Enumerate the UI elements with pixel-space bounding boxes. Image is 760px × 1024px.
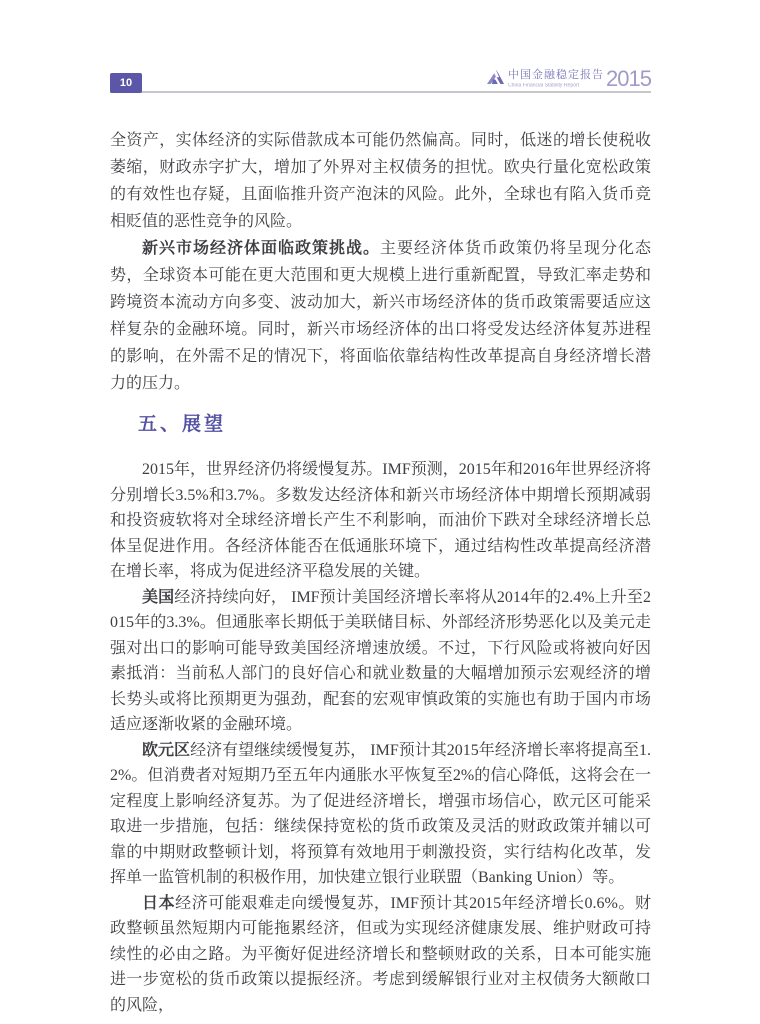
paragraph-lead: 美国	[142, 589, 174, 606]
logo-year: 2015	[606, 70, 651, 89]
text-block-outlook: 2015年，世界经济仍将缓慢复苏。IMF预测，2015年和2016年世界经济将分…	[110, 457, 651, 1018]
document-body: 全资产，实体经济的实际借款成本可能仍然偏高。同时，低迷的增长使税收萎缩，财政赤字…	[110, 93, 651, 1018]
page-number-badge: 10	[110, 73, 142, 93]
text-block-continuation: 全资产，实体经济的实际借款成本可能仍然偏高。同时，低迷的增长使税收萎缩，财政赤字…	[110, 93, 651, 397]
cfsr-logo-icon	[487, 69, 504, 89]
report-logo: 中国金融稳定报告 China Financial Stability Repor…	[487, 66, 651, 89]
paragraph-lead: 日本	[142, 895, 175, 912]
paragraph: 2015年，世界经济仍将缓慢复苏。IMF预测，2015年和2016年世界经济将分…	[110, 457, 651, 585]
paragraph: 新兴市场经济体面临政策挑战。主要经济体货币政策仍将呈现分化态势，全球资本可能在更…	[110, 235, 651, 397]
paragraph: 欧元区经济有望继续缓慢复苏， IMF预计其2015年经济增长率将提高至1.2%。…	[110, 738, 651, 891]
paragraph-lead: 欧元区	[142, 742, 190, 759]
paragraph: 美国经济持续向好， IMF预计美国经济增长率将从2014年的2.4%上升至201…	[110, 585, 651, 738]
document-page: 10 中国金融稳定报告 China Financial Stability Re…	[0, 0, 760, 1024]
page-header: 10 中国金融稳定报告 China Financial Stability Re…	[110, 0, 651, 93]
logo-text: 中国金融稳定报告 China Financial Stability Repor…	[508, 66, 604, 89]
logo-title-cn: 中国金融稳定报告	[508, 69, 604, 81]
paragraph: 日本经济可能艰难走向缓慢复苏，IMF预计其2015年经济增长0.6%。财政整顿虽…	[110, 891, 651, 1019]
logo-title-en: China Financial Stability Report	[508, 83, 590, 88]
paragraph: 全资产，实体经济的实际借款成本可能仍然偏高。同时，低迷的增长使税收萎缩，财政赤字…	[110, 127, 651, 235]
paragraph-lead: 新兴市场经济体面临政策挑战。	[142, 240, 380, 257]
section-heading: 五、展望	[138, 409, 651, 436]
